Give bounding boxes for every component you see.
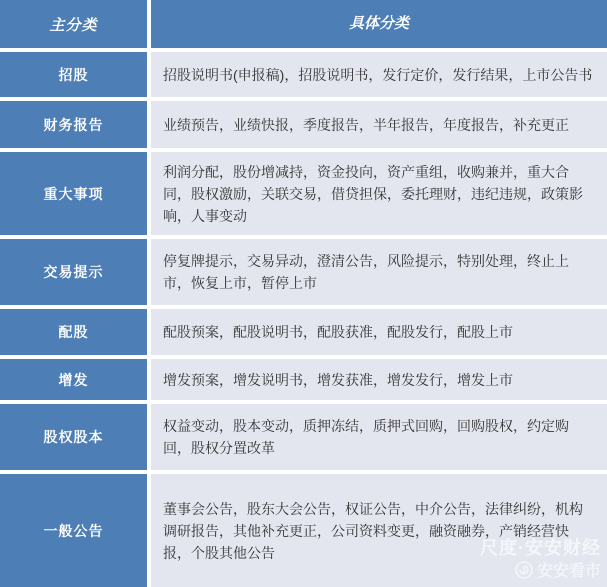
table-row: 股权股本 权益变动，股本变动，质押冻结，质押式回购，回购股权，约定购回，股权分置… bbox=[0, 404, 607, 470]
table-row: 一般公告 董事会公告，股东大会公告，权证公告，中介公告，法律纠纷，机构调研报告，… bbox=[0, 474, 607, 587]
table-row: 招股 招股说明书(申报稿)，招股说明书，发行定价，发行结果，上市公告书 bbox=[0, 52, 607, 97]
category-cell-zhongdashixiang: 重大事项 bbox=[0, 152, 147, 235]
table-row: 交易提示 停复牌提示，交易异动，澄清公告，风险提示，特别处理，终止上市，恢复上市… bbox=[0, 239, 607, 305]
table-row: 财务报告 业绩预告，业绩快报，季度报告，半年报告，年度报告，补充更正 bbox=[0, 101, 607, 148]
detail-cell-peigu: 配股预案，配股说明书，配股获准，配股发行，配股上市 bbox=[151, 309, 607, 355]
table-row: 重大事项 利润分配，股份增减持，资金投向，资产重组，收购兼并，重大合同，股权激励… bbox=[0, 152, 607, 235]
header-main-category: 主分类 bbox=[0, 0, 147, 48]
detail-cell-zengfa: 增发预案，增发说明书，增发获准，增发发行，增发上市 bbox=[151, 359, 607, 400]
category-cell-peigu: 配股 bbox=[0, 309, 147, 355]
detail-cell-jiaoyitishi: 停复牌提示，交易异动，澄清公告，风险提示，特别处理，终止上市，恢复上市，暂停上市 bbox=[151, 239, 607, 305]
category-cell-jiaoyitishi: 交易提示 bbox=[0, 239, 147, 305]
category-cell-caiwubaogao: 财务报告 bbox=[0, 101, 147, 148]
detail-cell-caiwubaogao: 业绩预告，业绩快报，季度报告，半年报告，年度报告，补充更正 bbox=[151, 101, 607, 148]
detail-cell-zhongdashixiang: 利润分配，股份增减持，资金投向，资产重组，收购兼并，重大合同，股权激励，关联交易… bbox=[151, 152, 607, 235]
category-cell-zhaogu: 招股 bbox=[0, 52, 147, 97]
announcement-category-table: 主分类 具体分类 招股 招股说明书(申报稿)，招股说明书，发行定价，发行结果，上… bbox=[0, 0, 607, 587]
category-cell-guquanguben: 股权股本 bbox=[0, 404, 147, 470]
header-detail-category: 具体分类 bbox=[151, 0, 607, 48]
detail-cell-guquanguben: 权益变动，股本变动，质押冻结，质押式回购，回购股权，约定购回，股权分置改革 bbox=[151, 404, 607, 470]
detail-cell-yibangonggao: 董事会公告，股东大会公告，权证公告，中介公告，法律纠纷，机构调研报告，其他补充更… bbox=[151, 474, 607, 587]
detail-cell-zhaogu: 招股说明书(申报稿)，招股说明书，发行定价，发行结果，上市公告书 bbox=[151, 52, 607, 97]
table-row: 配股 配股预案，配股说明书，配股获准，配股发行，配股上市 bbox=[0, 309, 607, 355]
category-cell-yibangonggao: 一般公告 bbox=[0, 474, 147, 587]
table-row: 增发 增发预案，增发说明书，增发获准，增发发行，增发上市 bbox=[0, 359, 607, 400]
table-header-row: 主分类 具体分类 bbox=[0, 0, 607, 48]
category-cell-zengfa: 增发 bbox=[0, 359, 147, 400]
